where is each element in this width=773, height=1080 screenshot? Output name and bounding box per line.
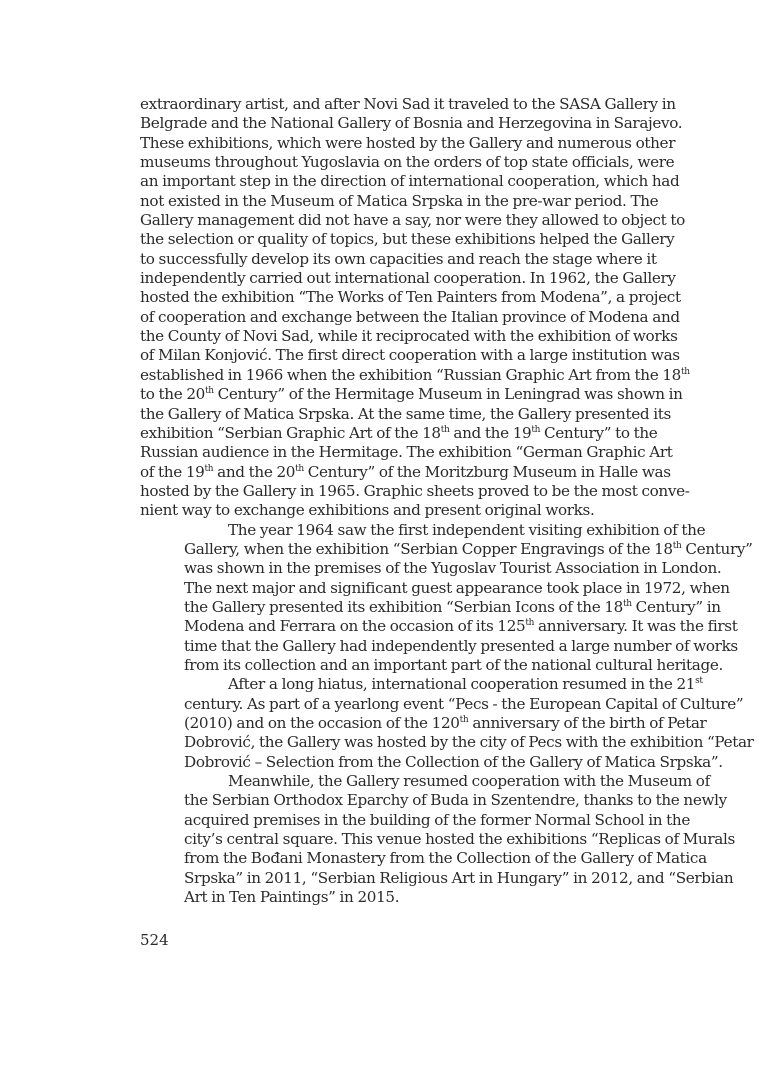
text-line: Gallery management did not have a say, n…	[140, 211, 653, 230]
text-line: hosted the exhibition “The Works of Ten …	[140, 288, 653, 307]
text-line: nient way to exchange exhibitions and pr…	[140, 501, 653, 520]
body-paragraph: extraordinary artist, and after Novi Sad…	[140, 95, 653, 521]
text-line: the Serbian Orthodox Eparchy of Buda in …	[140, 791, 653, 810]
text-line: of the 19th and the 20th Century” of the…	[140, 463, 653, 482]
body-paragraph: Meanwhile, the Gallery resumed cooperati…	[140, 772, 653, 907]
text-line: Art in Ten Paintings” in 2015.	[140, 888, 653, 907]
text-line: Meanwhile, the Gallery resumed cooperati…	[140, 772, 653, 791]
text-line: the County of Novi Sad, while it recipro…	[140, 327, 653, 346]
text-line: hosted by the Gallery in 1965. Graphic s…	[140, 482, 653, 501]
text-line: After a long hiatus, international coope…	[140, 675, 653, 694]
text-line: was shown in the premises of the Yugosla…	[140, 559, 653, 578]
text-line: established in 1966 when the exhibition …	[140, 366, 653, 385]
text-line: These exhibitions, which were hosted by …	[140, 134, 653, 153]
text-line: the Gallery of Matica Srpska. At the sam…	[140, 405, 653, 424]
text-line: the Gallery presented its exhibition “Se…	[140, 598, 653, 617]
body-paragraph: After a long hiatus, international coope…	[140, 675, 653, 772]
text-line: Russian audience in the Hermitage. The e…	[140, 443, 653, 462]
text-line: of Milan Konjović. The first direct coop…	[140, 346, 653, 365]
text-line: time that the Gallery had independently …	[140, 637, 653, 656]
text-line: independently carried out international …	[140, 269, 653, 288]
text-line: from the Bođani Monastery from the Colle…	[140, 849, 653, 868]
text-line: city’s central square. This venue hosted…	[140, 830, 653, 849]
text-line: of cooperation and exchange between the …	[140, 308, 653, 327]
text-line: not existed in the Museum of Matica Srps…	[140, 192, 653, 211]
document-page: extraordinary artist, and after Novi Sad…	[140, 95, 653, 907]
text-line: acquired premises in the building of the…	[140, 811, 653, 830]
text-line: Dobrović – Selection from the Collection…	[140, 753, 653, 772]
text-line: (2010) and on the occasion of the 120th …	[140, 714, 653, 733]
page-number: 524	[140, 931, 169, 949]
text-line: exhibition “Serbian Graphic Art of the 1…	[140, 424, 653, 443]
text-line: century. As part of a yearlong event “Pe…	[140, 695, 653, 714]
text-line: Belgrade and the National Gallery of Bos…	[140, 114, 653, 133]
text-line: Modena and Ferrara on the occasion of it…	[140, 617, 653, 636]
text-line: extraordinary artist, and after Novi Sad…	[140, 95, 653, 114]
text-line: Dobrović, the Gallery was hosted by the …	[140, 733, 653, 752]
body-paragraph: The year 1964 saw the first independent …	[140, 521, 653, 676]
text-line: an important step in the direction of in…	[140, 172, 653, 191]
text-line: The next major and significant guest app…	[140, 579, 653, 598]
text-line: Srpska” in 2011, “Serbian Religious Art …	[140, 869, 653, 888]
text-line: the selection or quality of topics, but …	[140, 230, 653, 249]
text-line: museums throughout Yugoslavia on the ord…	[140, 153, 653, 172]
text-line: from its collection and an important par…	[140, 656, 653, 675]
text-line: Gallery, when the exhibition “Serbian Co…	[140, 540, 653, 559]
text-line: to the 20th Century” of the Hermitage Mu…	[140, 385, 653, 404]
text-line: to successfully develop its own capaciti…	[140, 250, 653, 269]
text-line: The year 1964 saw the first independent …	[140, 521, 653, 540]
